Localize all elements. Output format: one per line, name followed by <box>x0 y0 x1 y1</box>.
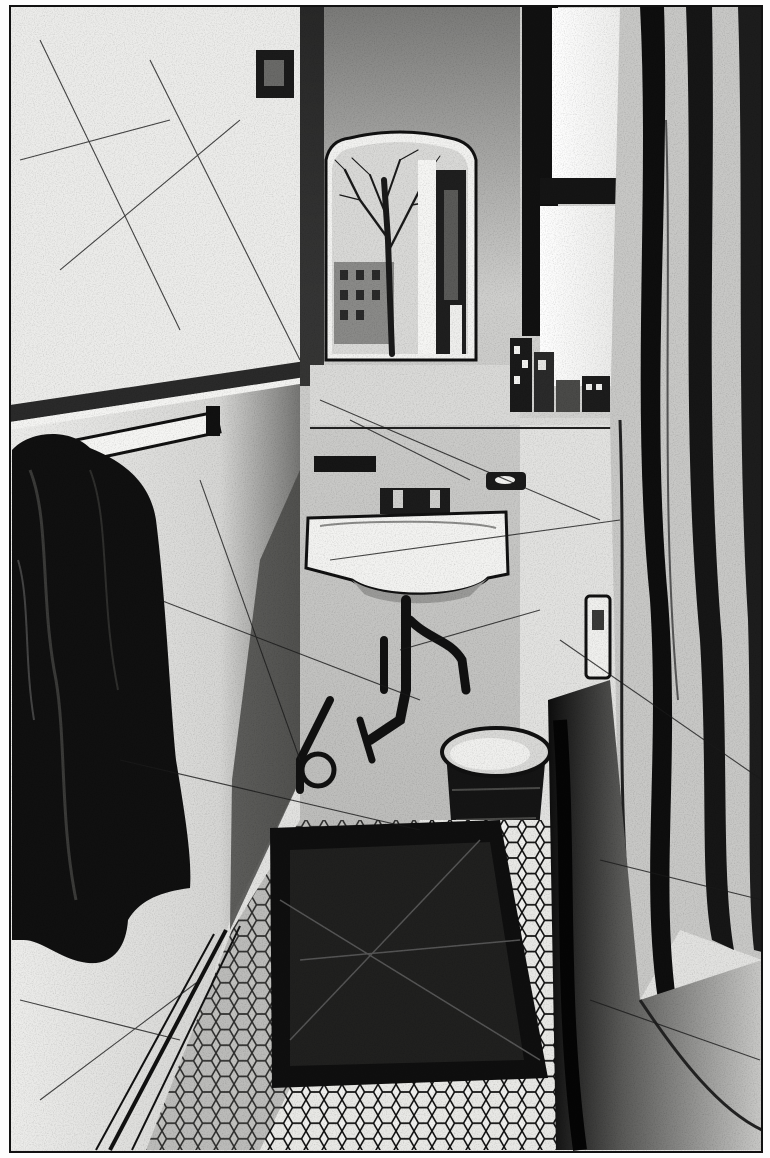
etching-artwork <box>0 0 770 1158</box>
bathroom-etching <box>0 0 770 1158</box>
ink-grain <box>10 6 762 1152</box>
